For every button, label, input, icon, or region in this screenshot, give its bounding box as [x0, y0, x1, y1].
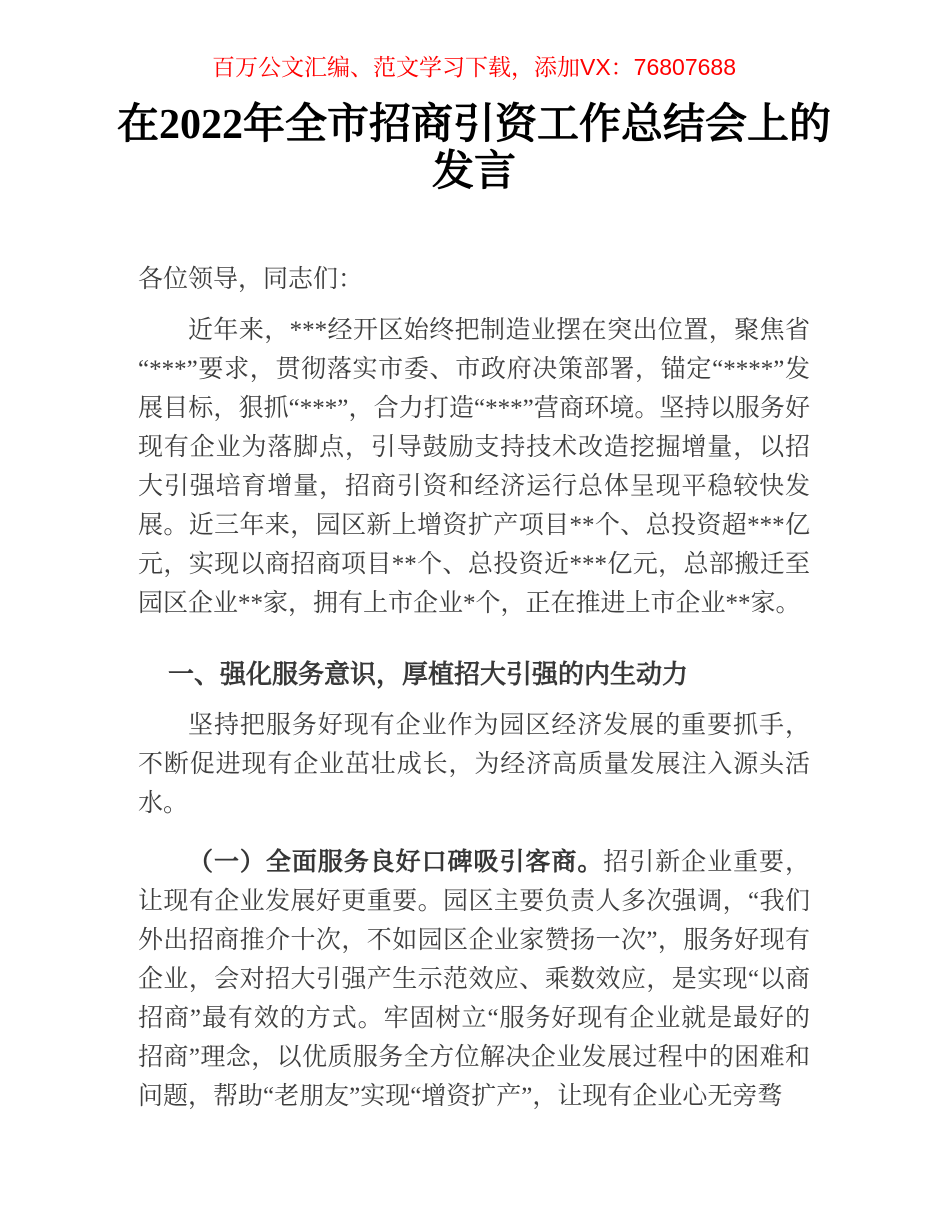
- subsection-1-text: 招引新企业重要，让现有企业发展好更重要。园区主要负责人多次强调，“我们外出招商推…: [138, 849, 810, 1110]
- document-title: 在2022年全市招商引资工作总结会上的发言: [98, 102, 850, 196]
- subsection-1-paragraph: （一）全面服务良好口碑吸引客商。招引新企业重要，让现有企业发展好更重要。园区主要…: [138, 843, 810, 1116]
- section-1-heading: 一、强化服务意识，厚植招大引强的内生动力: [138, 655, 810, 694]
- header-notice: 百万公文汇编、范文学习下载，添加VX：76807688: [138, 52, 810, 82]
- section-1-lead-paragraph: 坚持把服务好现有企业作为园区经济发展的重要抓手，不断促进现有企业茁壮成长，为经济…: [138, 706, 810, 823]
- document-page: 百万公文汇编、范文学习下载，添加VX：76807688 在2022年全市招商引资…: [0, 0, 950, 1230]
- salutation: 各位领导，同志们：: [138, 260, 810, 299]
- intro-paragraph: 近年来，***经开区始终把制造业摆在突出位置，聚焦省“***”要求，贯彻落实市委…: [138, 311, 810, 623]
- subsection-1-inline-heading: （一）全面服务良好口碑吸引客商。: [188, 849, 603, 876]
